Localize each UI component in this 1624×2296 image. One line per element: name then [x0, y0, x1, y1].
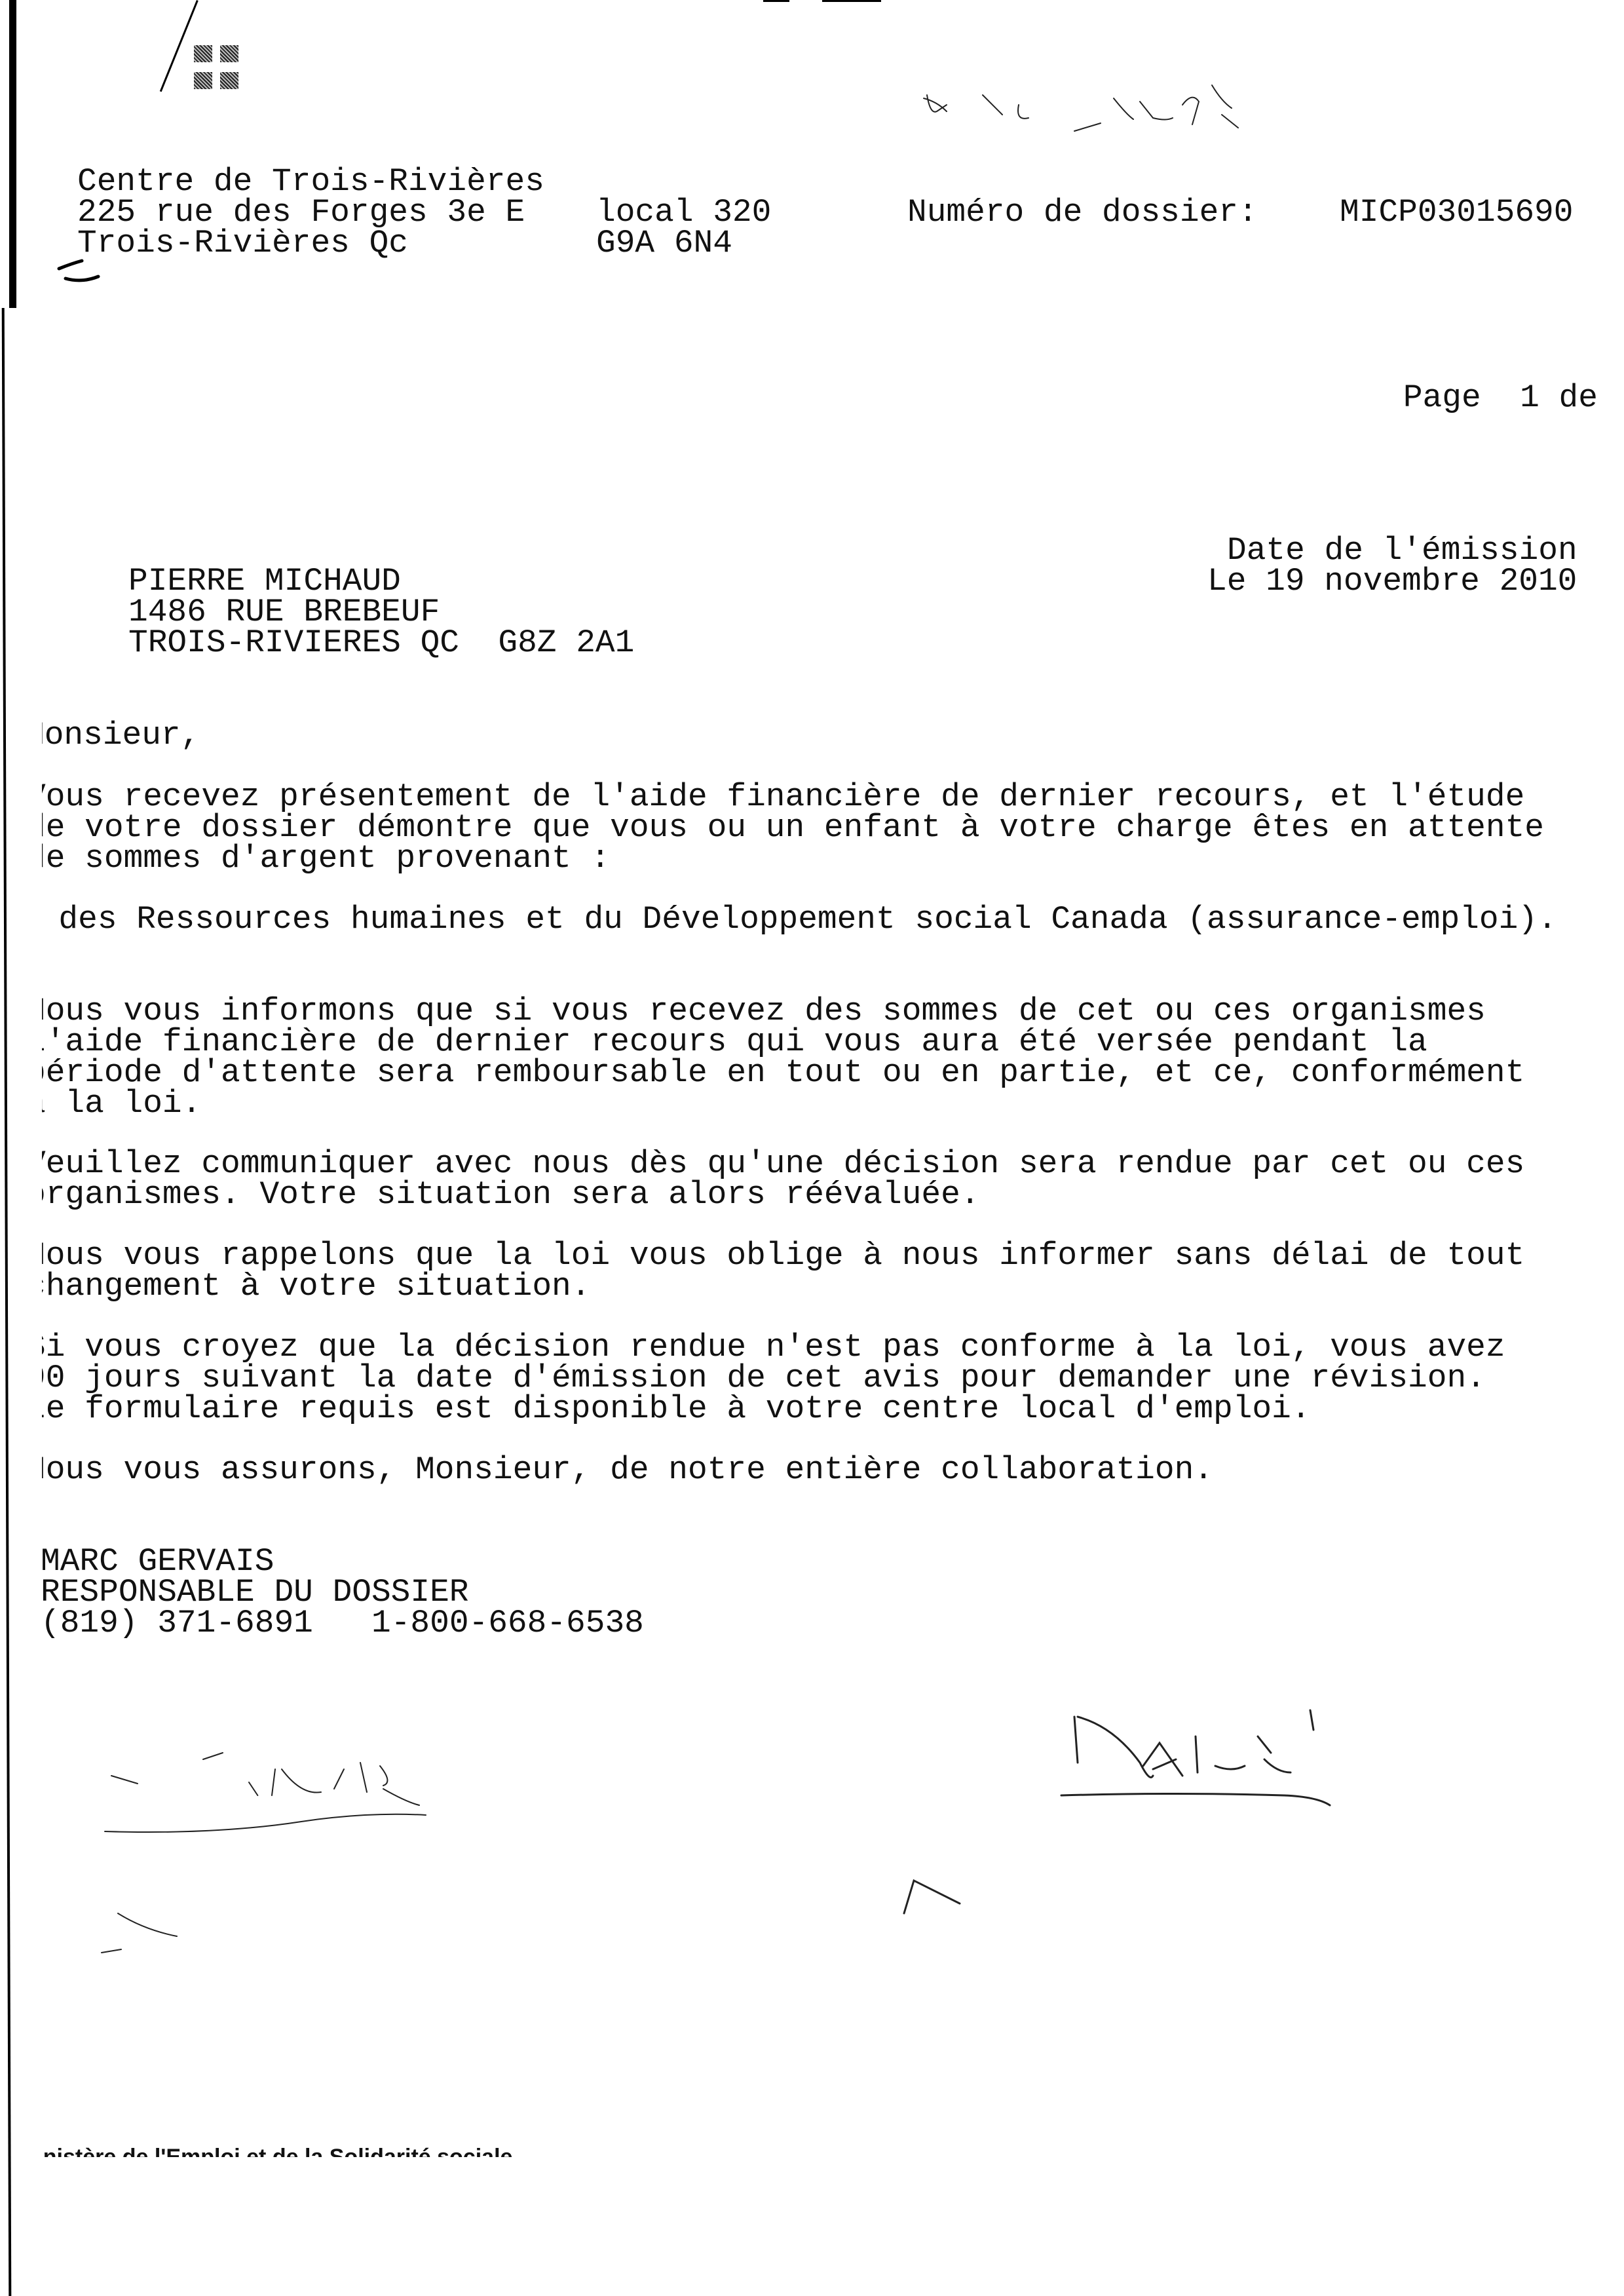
paragraph-line: - des Ressources humaines et du Développ… [20, 904, 1557, 935]
signatory-title: RESPONSABLE DU DOSSIER [41, 1577, 469, 1608]
file-number-value: MICP03015690 [1340, 197, 1573, 228]
footer-ministry: Ministère de l'Emploi et de la Solidarit… [18, 2144, 512, 2157]
paragraph-line: Veuillez communiquer avec nous dès qu'un… [26, 1149, 1524, 1179]
salutation: Monsieur, [25, 720, 200, 751]
sender-suite: local 320 [596, 197, 771, 228]
pen-mark-left [46, 249, 118, 301]
paragraph-line: Le formulaire requis est disponible à vo… [26, 1394, 1311, 1425]
sender-office: Centre de Trois-Rivières [77, 166, 544, 197]
scan-clip-mask [16, 0, 42, 2296]
paragraph-line: organismes. Votre situation sera alors r… [26, 1179, 980, 1210]
paragraph-line: l'aide financière de dernier recours qui… [26, 1027, 1427, 1058]
phone-toll-free: 1-800-668-6538 [371, 1605, 644, 1641]
scan-edge-line [2, 308, 12, 2296]
phone-local: (819) 371-6891 [41, 1605, 313, 1641]
recipient-city: TROIS-RIVIERES QC G8Z 2A1 [128, 628, 634, 659]
sender-postal-code: G9A 6N4 [596, 228, 732, 259]
signatory-phones: (819) 371-6891 1-800-668-6538 [41, 1608, 644, 1639]
recipient-street: 1486 RUE BREBEUF [128, 597, 440, 628]
paragraph-line: Vous recevez présentement de l'aide fina… [26, 782, 1524, 813]
sender-city: Trois-Rivières Qc [77, 228, 408, 259]
paragraph-line: de votre dossier démontre que vous ou un… [26, 813, 1544, 843]
sender-street: 225 rue des Forges 3e E [77, 197, 525, 228]
handwritten-scribble-top-right [917, 66, 1389, 138]
handwritten-check-mark [897, 1874, 976, 1926]
recipient-name: PIERRE MICHAUD [128, 566, 401, 597]
scan-top-mark [763, 0, 789, 2]
paragraph-line: Nous vous informons que si vous recevez … [26, 996, 1486, 1027]
paragraph-line: période d'attente sera remboursable en t… [26, 1058, 1524, 1088]
paragraph-line: de sommes d'argent provenant : [26, 843, 610, 874]
page-indicator: Page 1 de 1 [1325, 352, 1624, 444]
letter-page: Centre de Trois-Rivières 225 rue des For… [0, 0, 1624, 2296]
signatory-name: MARC GERVAIS [41, 1546, 274, 1577]
page-current: 1 [1520, 379, 1539, 416]
paragraph-line: 90 jours suivant la date d'émission de c… [26, 1363, 1486, 1394]
scan-edge-bar [9, 0, 16, 308]
paragraph-line: Si vous croyez que la décision rendue n'… [26, 1332, 1505, 1363]
file-number-label: Numéro de dossier: [907, 197, 1258, 228]
page-separator: de [1559, 379, 1598, 416]
recipient-block: PIERRE MICHAUD 1486 RUE BREBEUF TROIS-RI… [128, 566, 206, 720]
paragraph-line: à la loi. [26, 1088, 201, 1119]
scan-top-mark [822, 0, 881, 2]
handwritten-signature-bottom-right [1048, 1697, 1389, 1815]
page-label: Page [1403, 379, 1481, 416]
handwritten-scribble-bottom-left [85, 1743, 491, 1992]
paragraph-line: Nous vous assurons, Monsieur, de notre e… [26, 1455, 1213, 1485]
paragraph-line: changement à votre situation. [26, 1271, 590, 1302]
quebec-flag-logo-icon [190, 43, 269, 95]
signatory-block: MARC GERVAIS RESPONSABLE DU DOSSIER (819… [41, 1546, 119, 1700]
issue-date-label: Date de l'émission [1227, 535, 1577, 566]
issue-date-value: Le 19 novembre 2010 [1207, 566, 1577, 597]
paragraph-line: Nous vous rappelons que la loi vous obli… [26, 1240, 1524, 1271]
